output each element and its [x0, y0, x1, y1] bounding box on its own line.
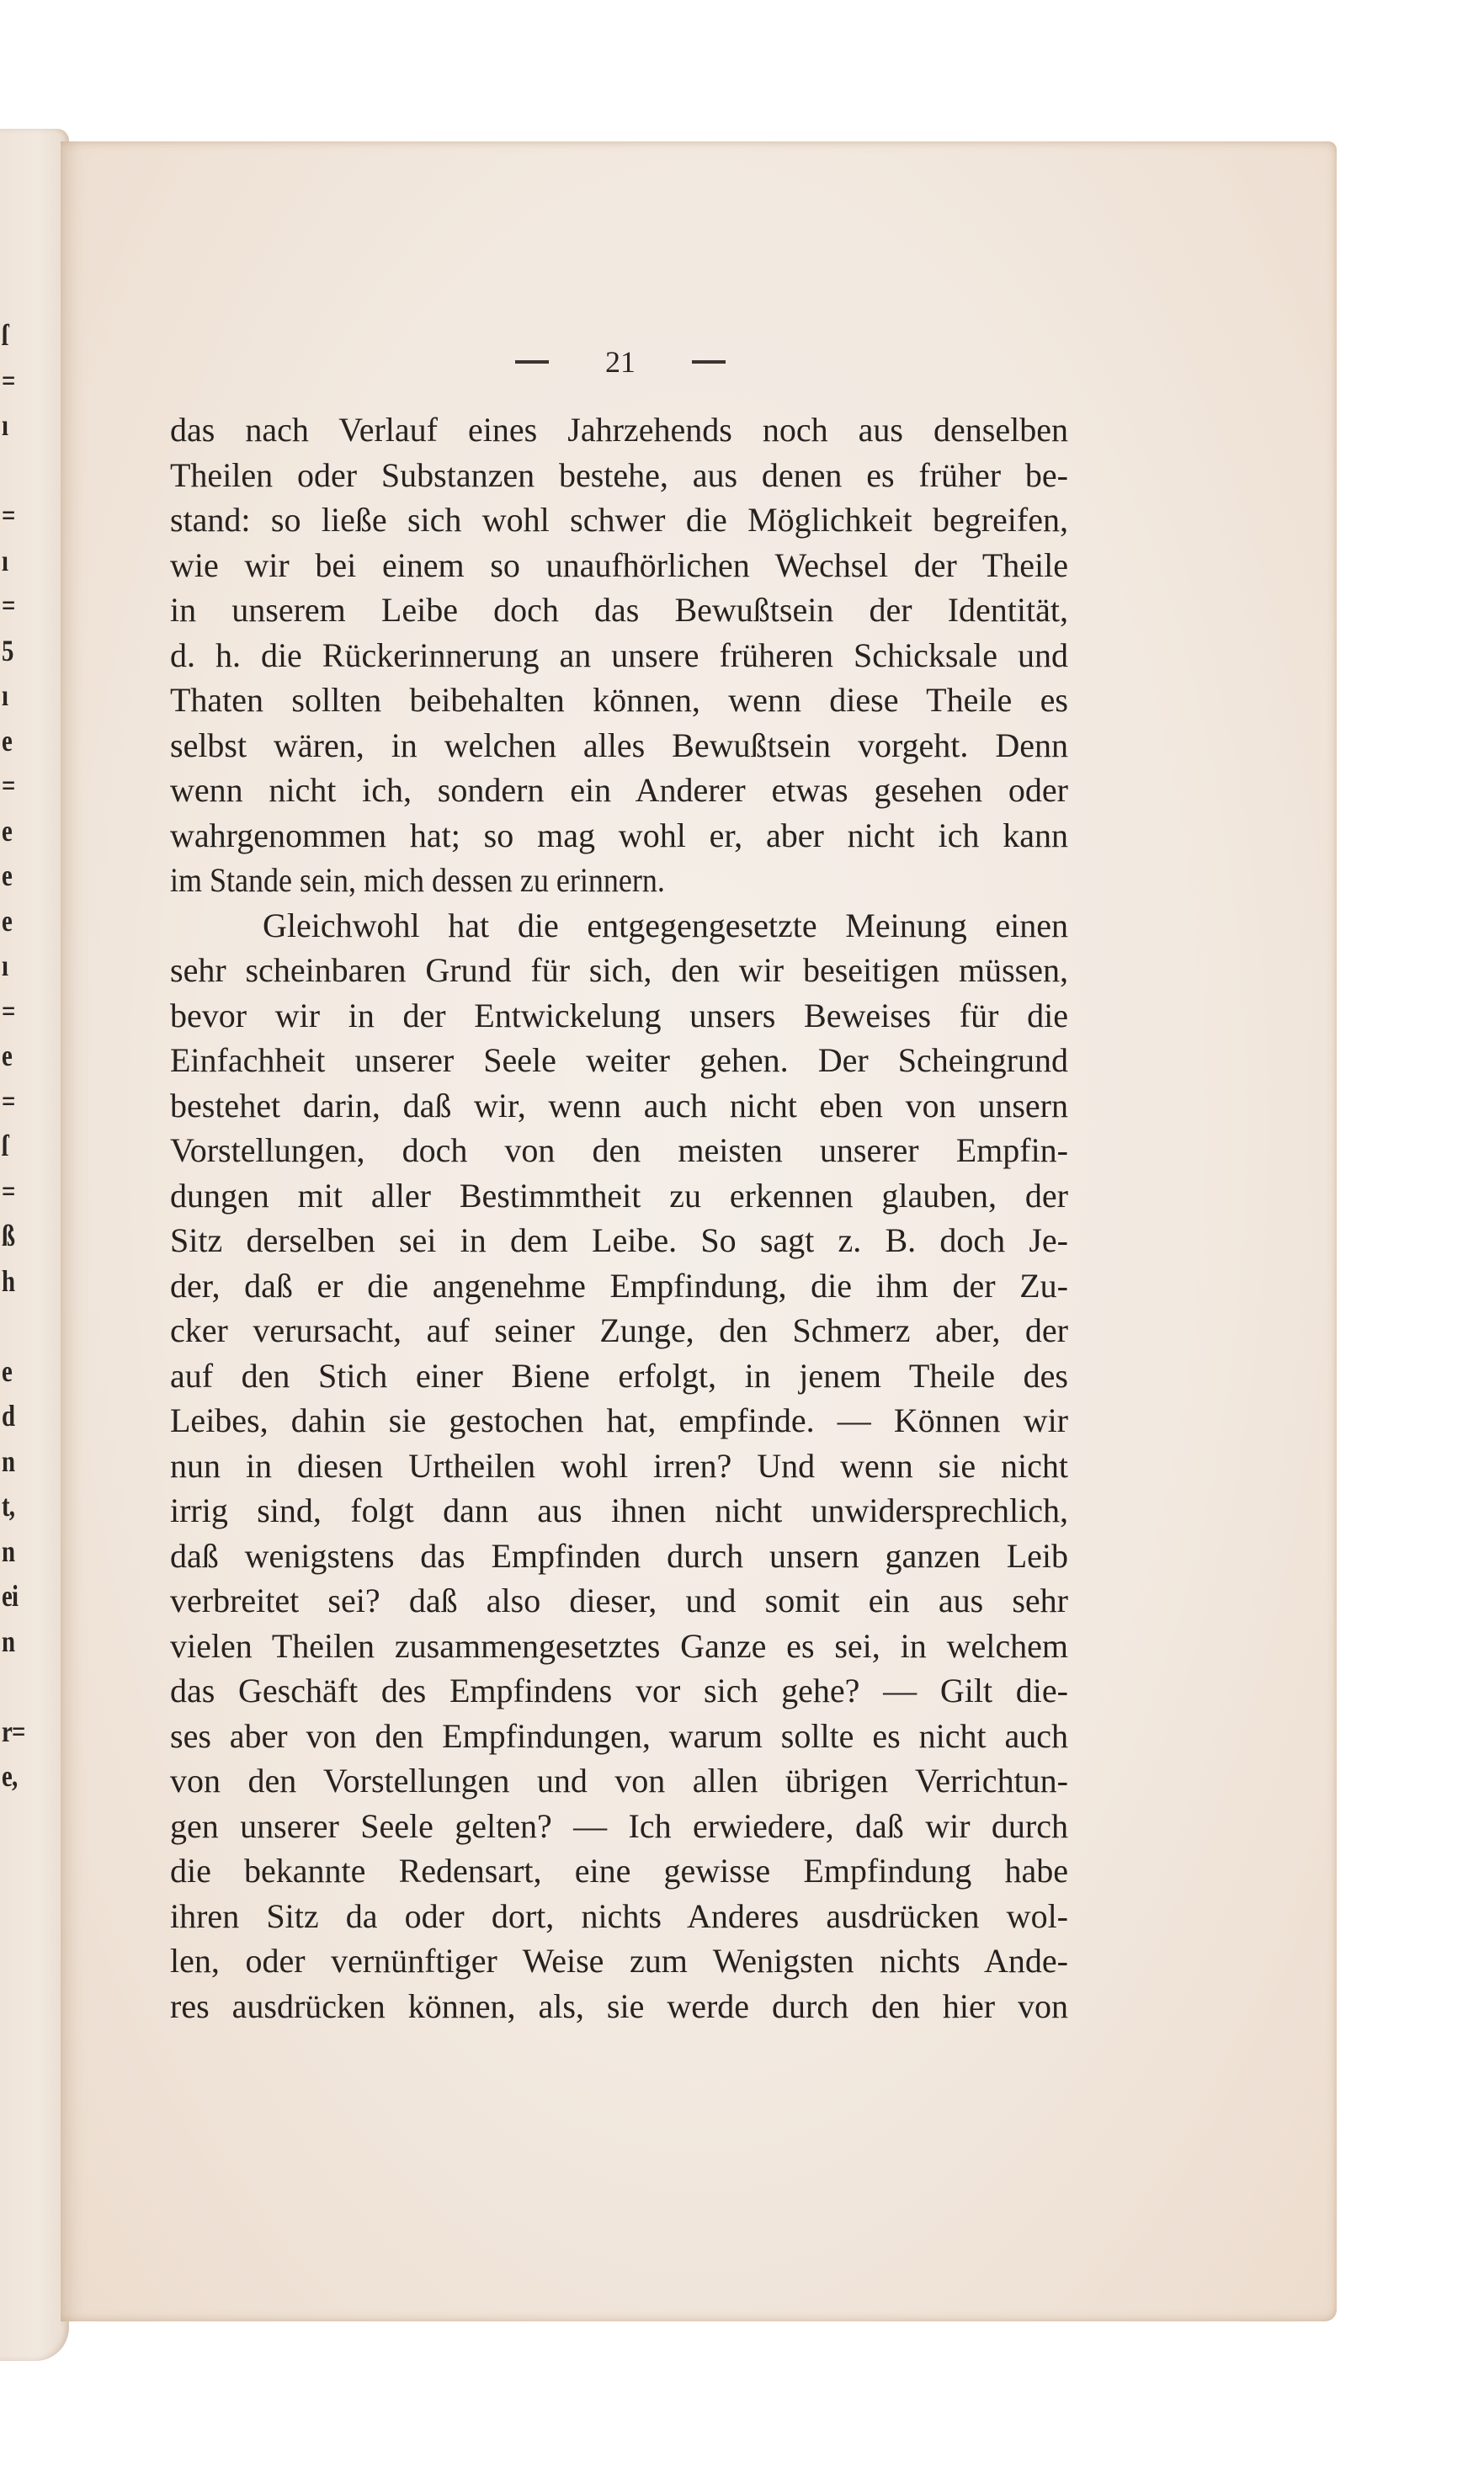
text-line: Sitz derselben sei in dem Leibe. So sagt…: [170, 1218, 1068, 1263]
previous-page-text-fragment: ı: [2, 680, 42, 710]
text-line: von den Vorstellungen und von allen übri…: [170, 1758, 1068, 1804]
previous-page-text-fragment: =: [2, 590, 42, 620]
dash-left: [515, 360, 549, 364]
previous-page-text-fragment: t,: [2, 1491, 42, 1521]
text-line: sehr scheinbaren Grund für sich, den wir…: [170, 948, 1068, 993]
previous-page-text-fragment: =: [2, 365, 42, 396]
text-line: Theilen oder Substanzen bestehe, aus den…: [170, 453, 1068, 498]
previous-page-text-fragment: e: [2, 1356, 42, 1386]
previous-page-text-fragment: ı: [2, 545, 42, 576]
text-line: auf den Stich einer Biene erfolgt, in je…: [170, 1353, 1068, 1399]
previous-page-text-fragment: =: [2, 500, 42, 530]
previous-page-text-fragment: e: [2, 726, 42, 756]
text-line: ses aber von den Empfindungen, warum sol…: [170, 1714, 1068, 1759]
text-line-paragraph-start: Gleichwohl hat die entgegengesetzte Mein…: [170, 903, 1068, 949]
text-line: Vorstellungen, doch von den meisten unse…: [170, 1128, 1068, 1173]
text-line: nun in diesen Urtheilen wohl irren? Und …: [170, 1444, 1068, 1489]
previous-page-text-fragment: n: [2, 1626, 42, 1656]
text-line: selbst wären, in welchen alles Bewußtsei…: [170, 723, 1068, 768]
page-number-header: 21: [515, 341, 726, 383]
previous-page-edge: ſ=ı=ı=5ıe=eeeı=e=ſ=ßhednt,neinr=e,: [0, 129, 69, 2361]
text-line: Leibes, dahin sie gestochen hat, empfind…: [170, 1398, 1068, 1444]
dash-right: [692, 360, 726, 364]
text-line: Einfachheit unserer Seele weiter gehen. …: [170, 1038, 1068, 1083]
page-number: 21: [605, 341, 636, 383]
previous-page-text-fragment: n: [2, 1536, 42, 1566]
text-line: gen unserer Seele gelten? — Ich erwieder…: [170, 1804, 1068, 1849]
text-line: irrig sind, folgt dann aus ihnen nicht u…: [170, 1488, 1068, 1534]
previous-page-text-fragment: ei: [2, 1581, 42, 1611]
previous-page-text-fragment: =: [2, 996, 42, 1026]
text-line: res ausdrücken können, als, sie werde du…: [170, 1984, 1068, 2029]
previous-page-text-fragment: ı: [2, 410, 42, 440]
text-line: dungen mit aller Bestimmtheit zu erkenne…: [170, 1173, 1068, 1219]
previous-page-text-fragment: ß: [2, 1220, 42, 1251]
previous-page-text-fragment: e: [2, 860, 42, 891]
text-line: wahrgenommen hat; so mag wohl er, aber n…: [170, 813, 1068, 859]
text-line: wenn nicht ich, sondern ein Anderer etwa…: [170, 768, 1068, 813]
previous-page-text-fragment: =: [2, 1176, 42, 1206]
text-line: verbreitet sei? daß also dieser, und som…: [170, 1578, 1068, 1624]
previous-page-text-fragment: ı: [2, 950, 42, 981]
text-line: Thaten sollten beibehalten können, wenn …: [170, 678, 1068, 723]
text-line: d. h. die Rückerinnerung an unsere frühe…: [170, 633, 1068, 678]
text-line: ihren Sitz da oder dort, nichts Anderes …: [170, 1894, 1068, 1939]
previous-page-text-fragment: h: [2, 1266, 42, 1296]
previous-page-text-fragment: e: [2, 1040, 42, 1071]
body-text: das nach Verlauf eines Jahrzehends noch …: [170, 407, 1068, 2028]
previous-page-text-fragment: =: [2, 770, 42, 800]
previous-page-text-fragment: n: [2, 1446, 42, 1476]
text-line: len, oder vernünftiger Weise zum Wenigst…: [170, 1938, 1068, 1984]
previous-page-text-fragment: e: [2, 906, 42, 936]
text-line: wie wir bei einem so unaufhörlichen Wech…: [170, 543, 1068, 588]
text-line: daß wenigstens das Empfinden durch unser…: [170, 1534, 1068, 1579]
text-line-paragraph-end: im Stande sein, mich dessen zu erinnern.: [170, 858, 1068, 903]
previous-page-text-fragment: r=: [2, 1716, 42, 1747]
previous-page-text-fragment: ſ: [2, 320, 42, 350]
previous-page-text-fragment: e,: [2, 1761, 42, 1791]
previous-page-text-fragment: 5: [2, 635, 42, 666]
text-line: vielen Theilen zusammengesetztes Ganze e…: [170, 1624, 1068, 1669]
previous-page-text-fragment: ſ: [2, 1130, 42, 1161]
text-line: in unserem Leibe doch das Bewußtsein der…: [170, 588, 1068, 633]
previous-page-text-fragment: e: [2, 816, 42, 846]
text-line: das nach Verlauf eines Jahrzehends noch …: [170, 407, 1068, 453]
previous-page-text-fragment: =: [2, 1086, 42, 1116]
text-line: bestehet darin, daß wir, wenn auch nicht…: [170, 1083, 1068, 1129]
text-line: das Geschäft des Empfindens vor sich geh…: [170, 1668, 1068, 1714]
previous-page-text-fragment: d: [2, 1401, 42, 1431]
text-line: cker verursacht, auf seiner Zunge, den S…: [170, 1308, 1068, 1353]
text-line: stand: so ließe sich wohl schwer die Mög…: [170, 497, 1068, 543]
text-line: die bekannte Redensart, eine gewisse Emp…: [170, 1848, 1068, 1894]
text-line: bevor wir in der Entwickelung unsers Bew…: [170, 993, 1068, 1039]
text-line: der, daß er die angenehme Empfindung, di…: [170, 1263, 1068, 1309]
